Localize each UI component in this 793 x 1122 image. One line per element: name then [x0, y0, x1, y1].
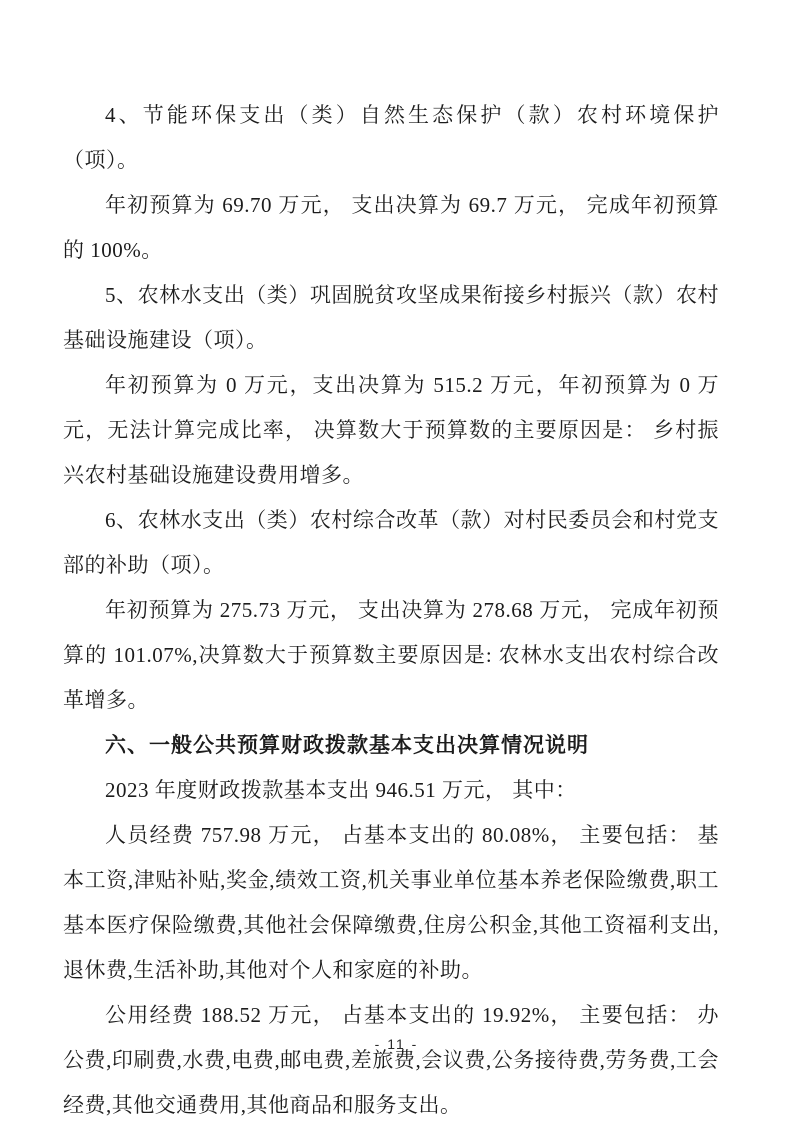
paragraph-item-5-title: 5、农林水支出（类）巩固脱贫攻坚成果衔接乡村振兴（款）农村基础设施建设（项）。 [63, 273, 719, 363]
paragraph-personnel-expenses: 人员经费 757.98 万元， 占基本支出的 80.08%， 主要包括： 基本工… [63, 813, 719, 993]
paragraph-basic-expenditure-total: 2023 年度财政拨款基本支出 946.51 万元， 其中： [63, 768, 719, 813]
paragraph-public-expenses: 公用经费 188.52 万元， 占基本支出的 19.92%， 主要包括： 办公费… [63, 993, 719, 1122]
document-page: 4、节能环保支出（类）自然生态保护（款）农村环境保护（项）。 年初预算为 69.… [0, 0, 793, 1122]
paragraph-item-5-detail: 年初预算为 0 万元，支出决算为 515.2 万元，年初预算为 0 万元，无法计… [63, 363, 719, 498]
paragraph-item-6-detail: 年初预算为 275.73 万元， 支出决算为 278.68 万元， 完成年初预算… [63, 588, 719, 723]
paragraph-item-6-title: 6、农林水支出（类）农村综合改革（款）对村民委员会和村党支部的补助（项）。 [63, 498, 719, 588]
page-number: - 11 - [0, 1036, 793, 1052]
paragraph-item-4-detail: 年初预算为 69.70 万元， 支出决算为 69.7 万元， 完成年初预算的 1… [63, 183, 719, 273]
section-heading-basic-expenditure: 六、一般公共预算财政拨款基本支出决算情况说明 [63, 723, 719, 768]
paragraph-item-4-title: 4、节能环保支出（类）自然生态保护（款）农村环境保护（项）。 [63, 93, 719, 183]
document-body: 4、节能环保支出（类）自然生态保护（款）农村环境保护（项）。 年初预算为 69.… [63, 93, 719, 1122]
